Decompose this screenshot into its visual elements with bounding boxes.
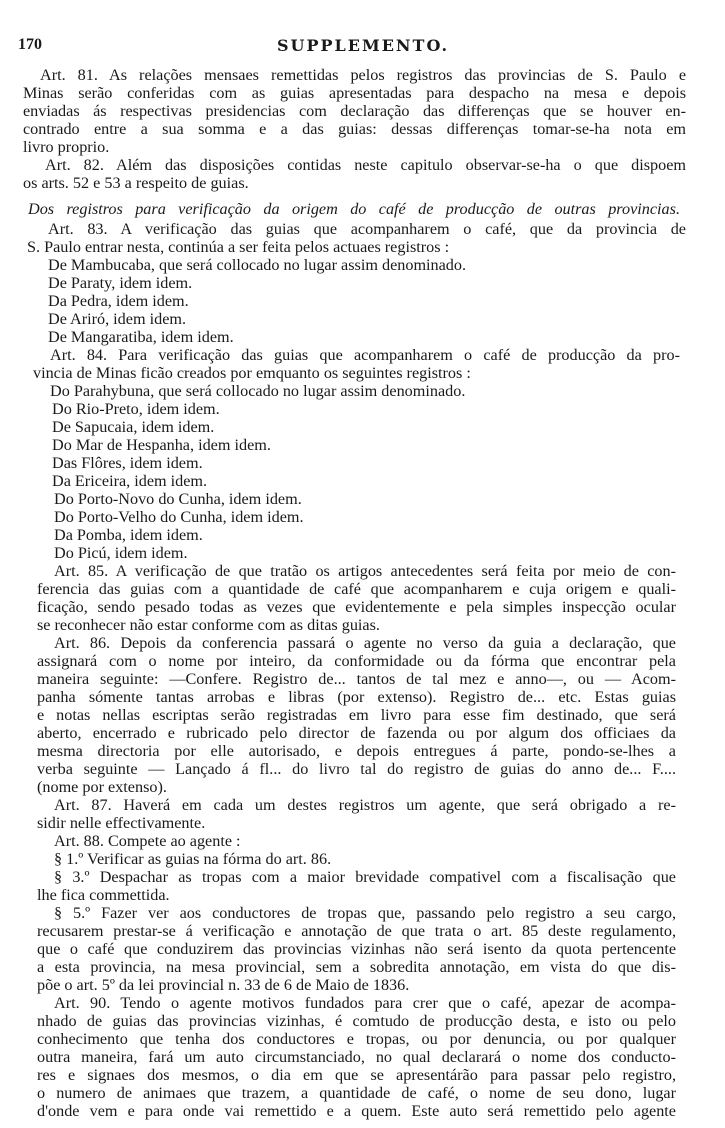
text-line: Da Ericeira, idem idem. [52,472,207,490]
running-title: SUPPLEMENTO. [18,36,708,55]
text-line: o numero de animaes que trazem, a quanti… [37,1084,676,1102]
text-line: De Ariró, idem idem. [48,310,186,328]
text-line: lhe fica commettida. [37,886,170,904]
text-line: Art. 87. Haverá em cada um destes regist… [54,796,676,814]
page-header: 170 SUPPLEMENTO. [18,36,708,56]
text-line: Das Flôres, idem idem. [52,454,203,472]
text-line: enviadas ás respectivas presidencias com… [23,102,686,120]
text-line: De Sapucaia, idem idem. [52,418,214,436]
text-line: verba seguinte — Lançado á fl... do livr… [37,760,676,778]
text-line: e notas nellas escriptas serão registrad… [37,706,676,724]
text-line: Art. 81. As relações mensaes remettidas … [40,66,686,84]
text-line: § 3.º Despachar as tropas com a maior br… [54,868,676,886]
text-line: Do Rio-Preto, idem idem. [52,400,220,418]
text-line: mesma directoria por elle autorisado, e … [37,742,676,760]
text-line: res e signaes dos mesmos, o dia em que s… [37,1066,676,1084]
text-line: Art. 86. Depois da conferencia passará o… [54,634,676,652]
text-line: Art. 83. A verificação das guias que aco… [48,220,686,238]
text-line: ferencia das guias com a quantidade de c… [37,580,676,598]
text-line: Do Parahybuna, que será collocado no lug… [50,382,465,400]
text-line: se reconhecer não estar conforme com as … [37,616,380,634]
text-line: a esta provincia, na mesa provincial, se… [37,958,676,976]
text-line: Art. 84. Para verificação das guias que … [50,346,680,364]
text-line: vincia de Minas ficão creados por emquan… [33,364,471,382]
text-line: os arts. 52 e 53 a respeito de guias. [23,174,249,192]
text-line: maneira seguinte: —Confere. Registro de.… [37,670,676,688]
text-line: aberto, encerrado e rubricado pelo direc… [37,724,676,742]
text-line: contrado entre a sua somma e a das guias… [23,120,686,138]
text-line: põe o art. 5º da lei provincial n. 33 de… [37,976,409,994]
text-line: sidir nelle effectivamente. [37,814,205,832]
text-line: Do Porto-Velho do Cunha, idem idem. [54,508,304,526]
text-line: nhado de guias das provincias vizinhas, … [37,1012,676,1030]
text-line: Do Mar de Hespanha, idem idem. [52,436,271,454]
text-line: recusarem prestar-se á verificação e ann… [37,922,676,940]
text-line: § 5.º Fazer ver aos conductores de tropa… [54,904,676,922]
text-line: que o café que conduzirem das provincias… [37,940,676,958]
text-line: S. Paulo entrar nesta, continúa a ser fe… [27,238,449,256]
text-line: De Paraty, idem idem. [48,274,192,292]
text-line: panha sómente tantas arrobas e libras (p… [37,688,676,706]
text-line: Da Pedra, idem idem. [48,292,189,310]
text-line: conhecimento que tenha dos conductores e… [37,1030,676,1048]
text-line: De Mangaratiba, idem idem. [48,328,234,346]
text-line: Art. 85. A verificação de que tratão os … [54,562,676,580]
text-line: Art. 90. Tendo o agente motivos fundados… [54,994,676,1012]
document-page: 170 SUPPLEMENTO. Art. 81. As relações me… [0,0,725,1128]
text-line: livro proprio. [23,138,109,156]
text-line: De Mambucaba, que será collocado no luga… [48,256,466,274]
text-line: Da Pomba, idem idem. [54,526,203,544]
text-line: Minas serão conferidas com as guias apre… [23,84,686,102]
text-line: Art. 82. Além das disposições contidas n… [45,156,686,174]
text-line: Do Porto-Novo do Cunha, idem idem. [54,490,302,508]
text-line: Art. 88. Compete ao agente : [54,832,241,850]
text-line: § 1.º Verificar as guias na fórma do art… [54,850,331,868]
text-line: Do Picú, idem idem. [54,544,188,562]
text-line: outra maneira, fará um auto circumstanci… [37,1048,676,1066]
text-line: assignará com o nome por inteiro, da con… [37,652,676,670]
section-heading: Dos registros para verificação da origem… [28,200,680,218]
text-line: (nome por extenso). [37,778,167,796]
text-line: ficação, sendo pesado todas as vezes que… [37,598,676,616]
text-line: d'onde vem e para onde vai remettido e a… [37,1102,676,1120]
